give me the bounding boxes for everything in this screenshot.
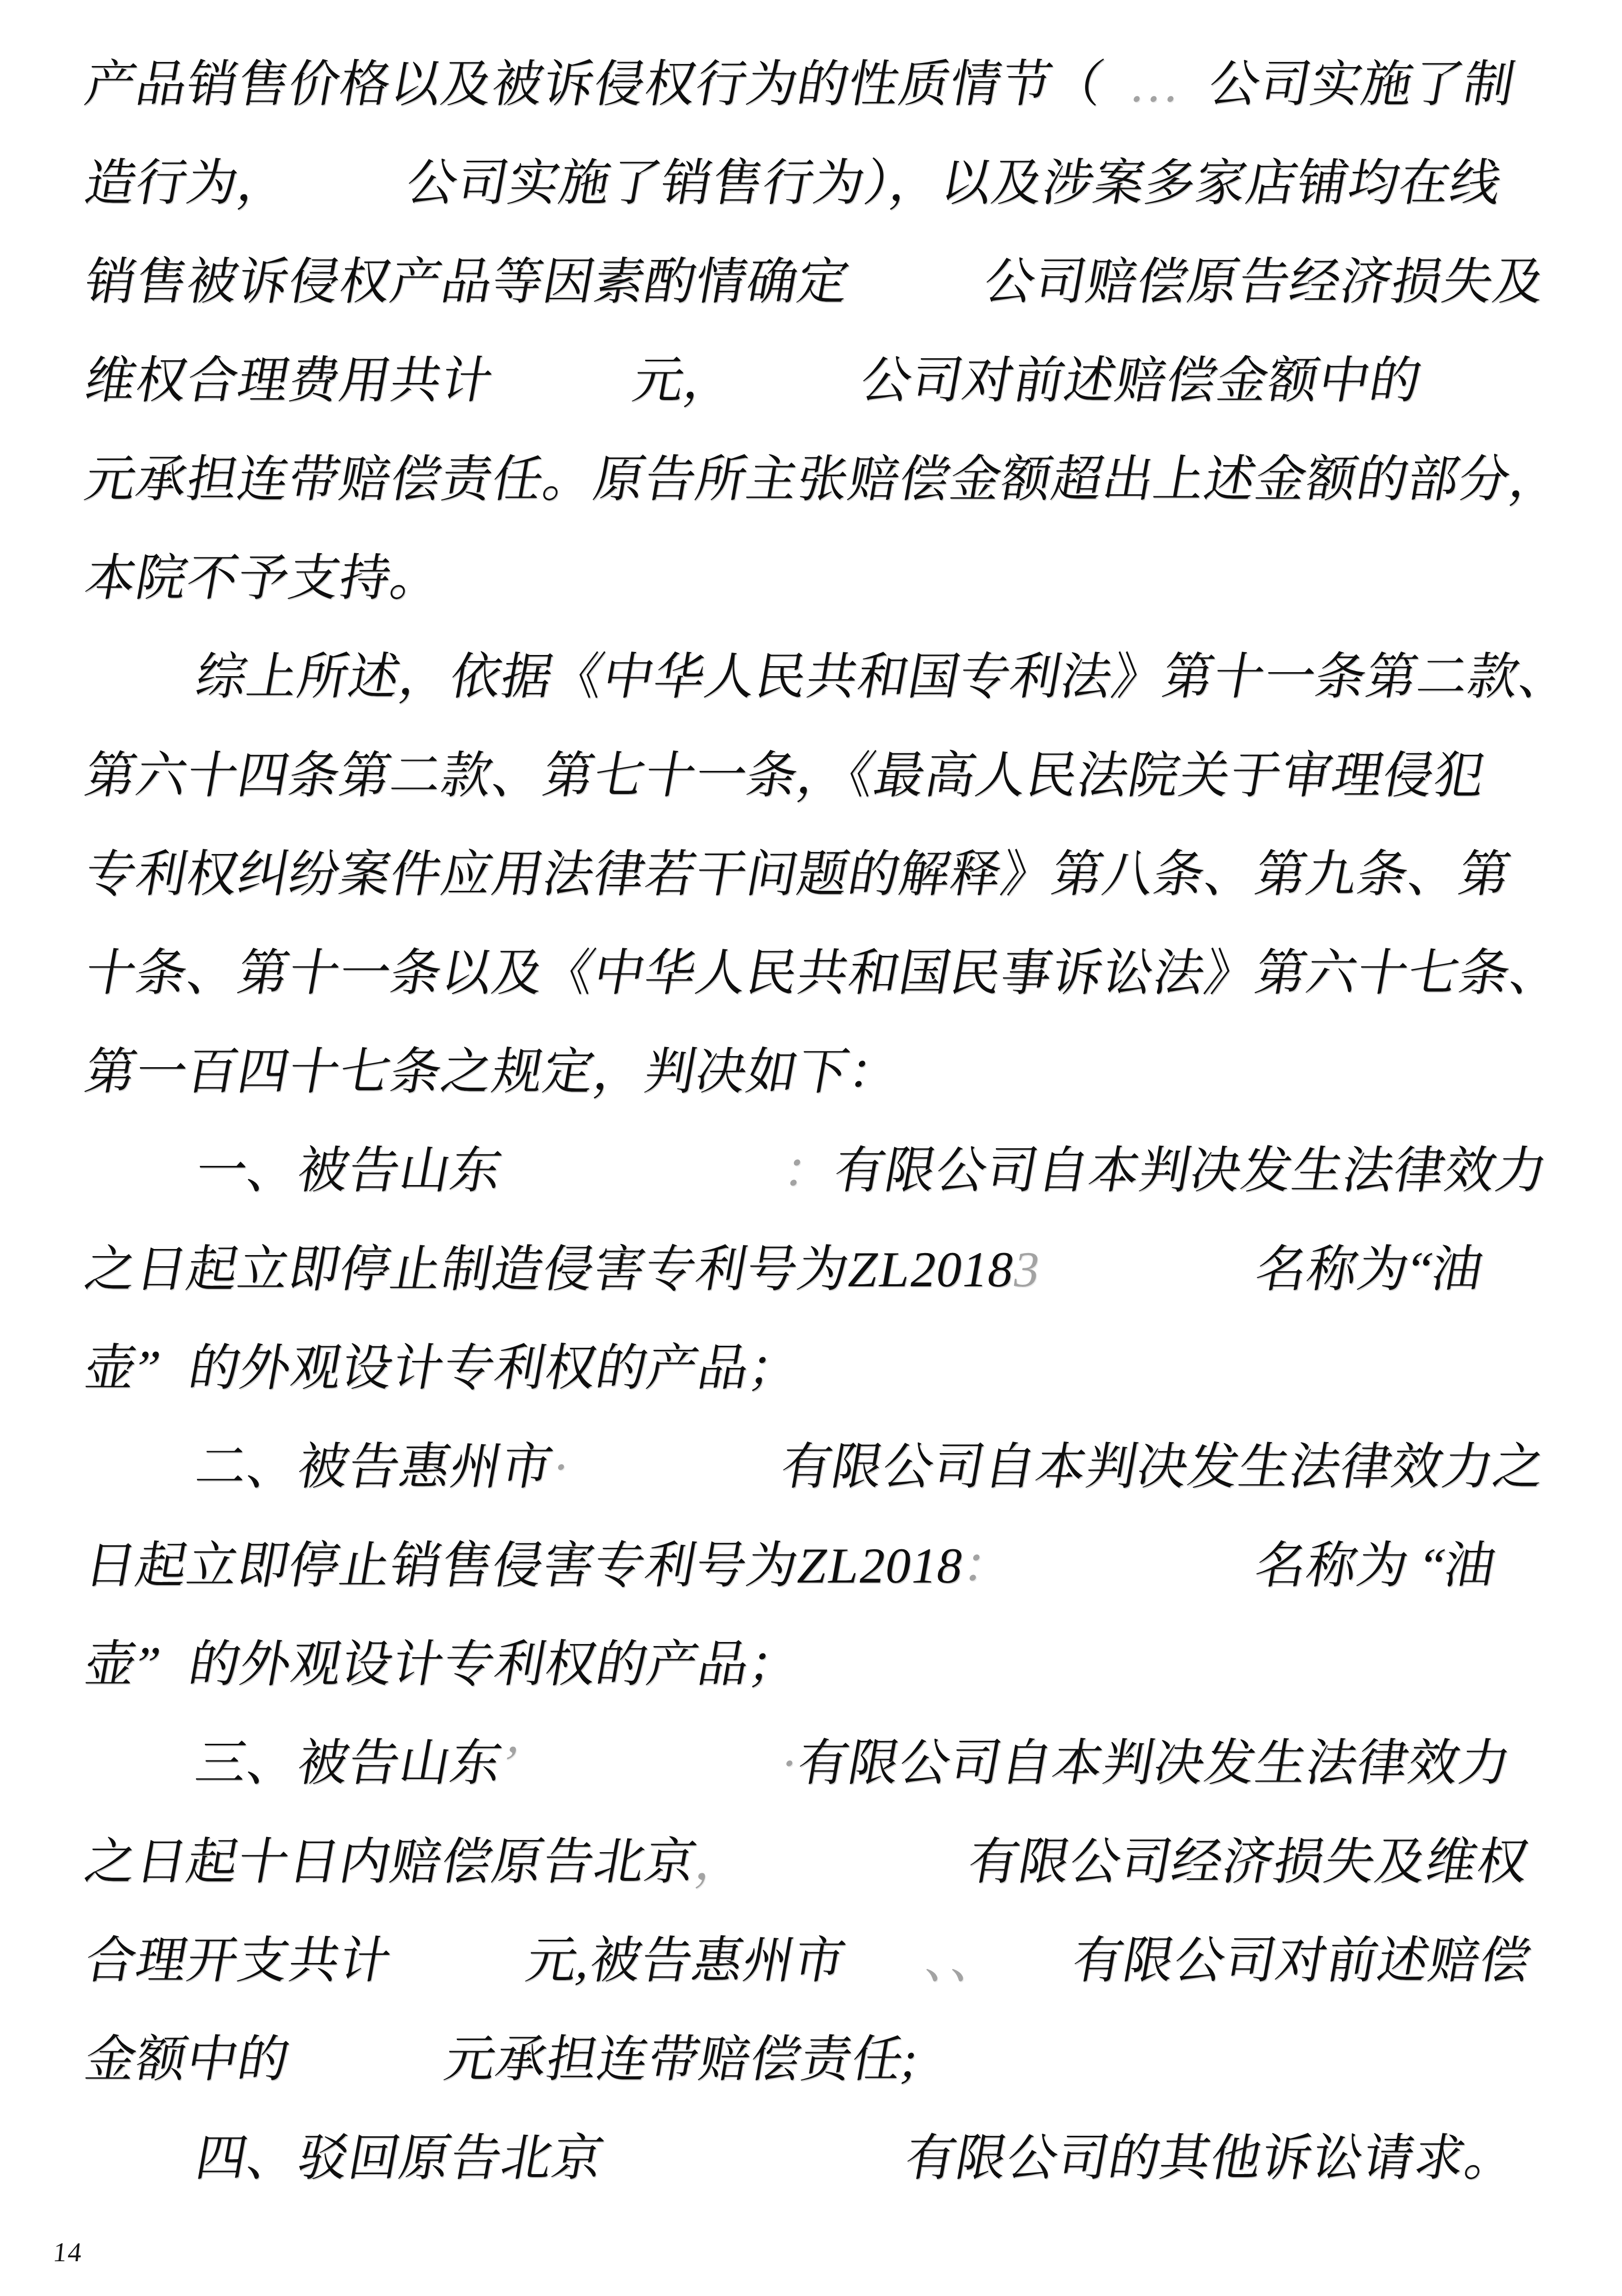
text-run: 本院不予支持。 — [81, 550, 447, 606]
text-run: 第一百四十七条之规定，判决如下： — [81, 1044, 905, 1100]
text-run: 公司实施了制 — [1204, 56, 1520, 112]
text-run: 元承担连带赔偿责任; — [440, 2031, 922, 2087]
redaction-gap — [999, 1977, 1070, 1978]
text-run: 名称为“油 — [1251, 1241, 1488, 1297]
document-line: 一、被告山东：有限公司自本判决发生法律效力 — [77, 1122, 1596, 1220]
document-body: 产品销售价格以及被诉侵权行为的性质情节（…公司实施了制造行为，公司实施了销售行为… — [86, 35, 1587, 2208]
redaction-gap — [1179, 100, 1206, 101]
document-line: 专利权纠纷案件应用法律若干问题的解释》第八条、第九条、第 — [77, 825, 1596, 924]
redaction-remnant: ： — [958, 1538, 1019, 1594]
redaction-gap — [600, 2174, 903, 2175]
redaction-gap — [157, 1680, 187, 1681]
text-run: 之日起十日内赔偿原告北京 — [81, 1834, 701, 1890]
text-run: 三、被告山东 — [191, 1735, 507, 1791]
text-run: 销售被诉侵权产品等因素酌情确定 — [81, 254, 854, 310]
document-line: 销售被诉侵权产品等因素酌情确定公司赔偿原告经济损失及 — [77, 233, 1596, 332]
text-run: 金额中的 — [81, 2031, 294, 2087]
document-line: 本院不予支持。 — [77, 529, 1596, 628]
text-run: 维权合理费用共计 — [81, 353, 498, 409]
text-run: 的外观设计专利权的产品； — [185, 1636, 805, 1692]
redaction-gap — [744, 1878, 966, 1879]
text-run: 元,被告惠州市 — [522, 1933, 850, 1989]
text-run: 之日起立即停止制造侵害专利号为ZL2018 — [81, 1241, 1019, 1297]
document-line: 金额中的元承担连带赔偿责任; — [77, 2010, 1596, 2109]
text-run: 有限公司经济损失及维权 — [964, 1834, 1533, 1890]
text-run: 专利权纠纷案件应用法律若干问题的解释》第八条、第九条、第 — [81, 846, 1515, 902]
redaction-gap — [388, 1977, 524, 1978]
redaction-gap — [499, 1187, 781, 1188]
redaction-gap — [1037, 1285, 1253, 1286]
redaction-remnant: … — [1126, 56, 1187, 112]
redaction-gap — [1100, 100, 1128, 101]
text-run: 第六十四条第二款、第七十一条，《最高人民法院关于审理侵犯 — [81, 748, 1490, 804]
text-run: 合理开支共计 — [81, 1933, 396, 1989]
redaction-gap — [846, 298, 982, 299]
redaction-remnant: 、、 — [921, 1933, 1007, 1989]
document-line: 维权合理费用共计元，公司对前述赔偿金额中的 — [77, 332, 1596, 430]
text-run: 公司赔偿原告经济损失及 — [980, 254, 1549, 310]
document-line: 日起立即停止销售侵害专利号为ZL2018：名称为 “油 — [77, 1517, 1596, 1615]
text-run: 有限公司对前述赔偿 — [1068, 1933, 1536, 1989]
redaction-remnant: ， — [691, 1834, 752, 1890]
redaction-gap — [286, 2075, 442, 2076]
document-line: 十条、第十一条以及《中华人民共和国民事诉讼法》第六十七条、 — [77, 924, 1596, 1023]
text-run: 有限公司自本判决发生法律效力 — [793, 1735, 1516, 1791]
document-line: 壶”的外观设计专利权的产品； — [77, 1319, 1596, 1418]
document-line: 第六十四条第二款、第七十一条，《最高人民法院关于审理侵犯 — [77, 727, 1596, 825]
text-run: 公司实施了销售行为），以及涉案多家店铺均在线 — [402, 155, 1506, 211]
text-run: 综上所述，依据《中华人民共和国专利法》第十一条第二款、 — [191, 649, 1575, 705]
text-run: 四、驳回原告北京 — [191, 2130, 609, 2186]
text-run: 有限公司自本判决发生法律效力之 — [777, 1439, 1550, 1495]
text-run: 公司对前述赔偿金额中的 — [856, 353, 1426, 409]
text-run: 一、被告山东 — [191, 1143, 507, 1199]
document-line: 二、被告惠州市·有限公司自本判决发生法律效力之 — [77, 1418, 1596, 1517]
text-run: 日起立即停止销售侵害专利号为ZL2018 — [81, 1538, 968, 1594]
document-line: 产品销售价格以及被诉侵权行为的性质情节（…公司实施了制 — [77, 35, 1596, 134]
text-run: 名称为 “油 — [1251, 1538, 1500, 1594]
text-run: 元， — [629, 353, 740, 409]
document-line: 综上所述，依据《中华人民共和国专利法》第十一条第二款、 — [77, 628, 1596, 727]
document-line: 三、被告山东’·有限公司自本判决发生法律效力 — [77, 1714, 1596, 1813]
text-run: 造行为， — [81, 155, 294, 211]
text-run: 壶” — [81, 1340, 164, 1396]
redaction-remnant: ： — [779, 1143, 840, 1199]
document-line: 四、驳回原告北京有限公司的其他诉讼请求。 — [77, 2109, 1596, 2208]
text-run: 有限公司的其他诉讼请求。 — [901, 2130, 1521, 2186]
text-run: 有限公司自本判决发生法律效力 — [830, 1143, 1552, 1199]
document-line: 第一百四十七条之规定，判决如下： — [77, 1023, 1596, 1122]
redaction-gap — [842, 1977, 923, 1978]
redaction-gap — [516, 1779, 778, 1780]
document-page: 产品销售价格以及被诉侵权行为的性质情节（…公司实施了制造行为，公司实施了销售行为… — [0, 0, 1622, 2296]
document-line: 之日起立即停止制造侵害专利号为ZL20183名称为“油 — [77, 1220, 1596, 1319]
redaction-gap — [157, 1384, 187, 1385]
redaction-gap — [732, 397, 858, 398]
redaction-gap — [286, 199, 404, 200]
text-run: 元承担连带赔偿责任。原告所主张赔偿金额超出上述金额的部分， — [81, 451, 1566, 507]
redaction-gap — [490, 397, 631, 398]
text-run: 壶” — [81, 1636, 164, 1692]
text-run: 二、被告惠州市 — [191, 1439, 558, 1495]
redaction-gap — [1011, 1582, 1253, 1583]
document-line: 合理开支共计元,被告惠州市、、有限公司对前述赔偿 — [77, 1912, 1596, 2010]
document-line: 造行为，公司实施了销售行为），以及涉案多家店铺均在线 — [77, 134, 1596, 233]
page-number: 14 — [52, 2236, 85, 2268]
document-line: 之日起十日内赔偿原告北京，有限公司经济损失及维权 — [77, 1813, 1596, 1912]
document-line: 元承担连带赔偿责任。原告所主张赔偿金额超出上述金额的部分， — [77, 430, 1596, 529]
redaction-gap — [567, 1483, 778, 1484]
text-run: 十条、第十一条以及《中华人民共和国民事诉讼法》第六十七条、 — [81, 945, 1566, 1001]
text-run: 产品销售价格以及被诉侵权行为的性质情节（ — [81, 56, 1108, 112]
text-run: 的外观设计专利权的产品； — [185, 1340, 805, 1396]
document-line: 壶”的外观设计专利权的产品； — [77, 1615, 1596, 1714]
